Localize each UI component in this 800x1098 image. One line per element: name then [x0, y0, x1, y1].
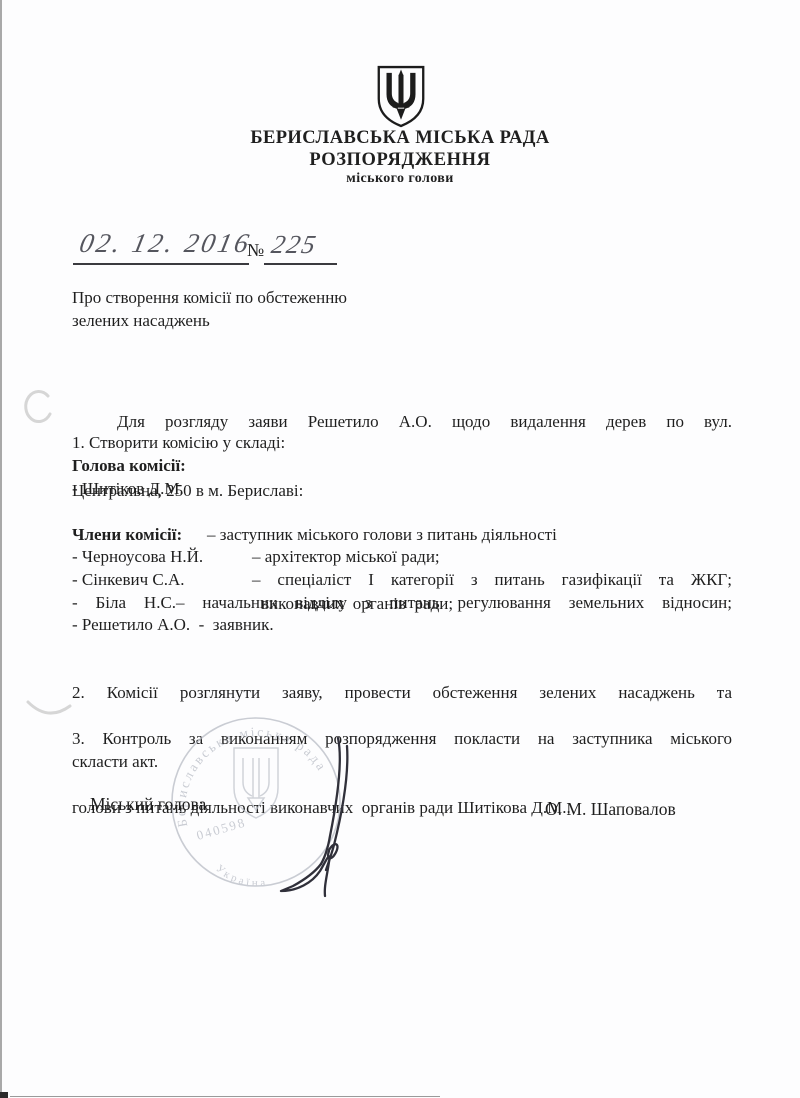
stamp-country-text: Україна — [213, 863, 268, 890]
committee-head-label: Голова комісії: — [72, 454, 732, 477]
member-row: - Черноусова Н.Й. – архітектор міської р… — [72, 545, 732, 568]
number-underline — [264, 263, 337, 265]
scanned-document-page: БЕРИСЛАВСЬКА МІСЬКА РАДА РОЗПОРЯДЖЕННЯ м… — [0, 0, 800, 1098]
intro-line: Для розгляду заяви Решетило А.О. щодо ви… — [72, 410, 732, 433]
signer-position: Міський голова — [90, 794, 206, 815]
date-underline — [73, 263, 249, 265]
member-role: – архітектор міської ради; — [252, 545, 732, 568]
member-row: - Сінкевич С.А. – спеціаліст І категорії… — [72, 568, 732, 591]
member-row: - Біла Н.С.– начальник відділу з питань … — [72, 591, 732, 614]
member-name: - Сінкевич С.А. — [72, 568, 252, 591]
member-role: – спеціаліст І категорії з питань газифі… — [252, 568, 732, 591]
scan-bottom-edge — [10, 1096, 440, 1097]
subject-line: Про створення комісії по обстеженню — [72, 286, 492, 309]
document-subtype: міського голови — [0, 171, 800, 187]
ukraine-trident-emblem-icon — [372, 64, 430, 130]
scan-corner-mark — [0, 1092, 8, 1098]
svg-text:Україна: Україна — [213, 863, 268, 890]
document-subject: Про створення комісії по обстеженню зеле… — [72, 286, 492, 332]
paper-crease-mark — [14, 386, 64, 436]
committee-members-label: Члени комісії: — [72, 523, 732, 546]
handwritten-date: 02. 12. 2016 — [77, 228, 255, 259]
stamp-number: 040598 — [195, 814, 248, 842]
handwritten-number: 225 — [269, 230, 320, 260]
item-1: 1. Створити комісію у складі: — [72, 431, 732, 454]
handwritten-signature — [268, 733, 380, 898]
number-sign: № — [247, 240, 264, 261]
member-name: - Черноусова Н.Й. — [72, 545, 252, 568]
document-type: РОЗПОРЯДЖЕННЯ — [0, 150, 800, 171]
signer-name: О. М. Шаповалов — [545, 799, 676, 820]
organization-name: БЕРИСЛАВСЬКА МІСЬКА РАДА — [0, 128, 800, 149]
subject-line: зелених насаджень — [72, 309, 492, 332]
member-row: - Решетило А.О. - заявник. — [72, 613, 732, 636]
